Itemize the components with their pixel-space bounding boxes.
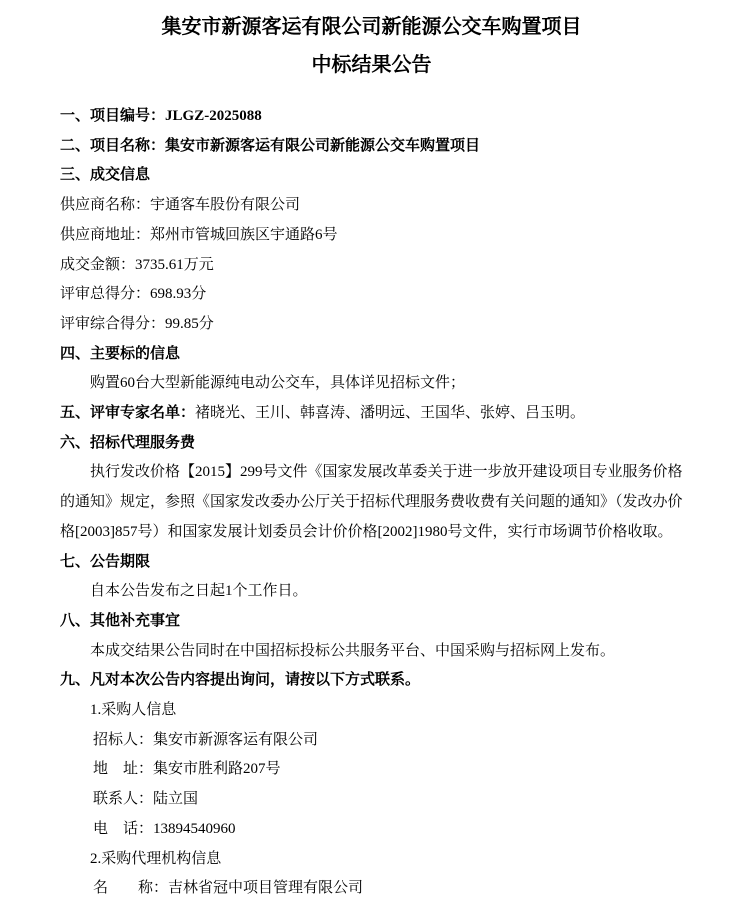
section-subject-heading: 四、主要标的信息 (60, 340, 683, 370)
total-score-label: 评审总得分： (60, 286, 150, 302)
section-project-number: 一、项目编号：JLGZ-2025088 (60, 102, 683, 132)
section-experts-line: 五、评审专家名单：褚晓光、王川、韩喜涛、潘明远、王国华、张婷、吕玉明。 (60, 399, 683, 429)
experts-names: 褚晓光、王川、韩喜涛、潘明远、王国华、张婷、吕玉明。 (195, 405, 585, 421)
supplier-address-line: 供应商地址：郑州市管城回族区宇通路6号 (60, 221, 683, 251)
agency-fee-content: 执行发改价格【2015】299号文件《国家发展改革委关于进一步放开建设项目专业服… (60, 458, 683, 547)
supplier-name-label: 供应商名称： (60, 197, 150, 213)
section-project-name: 二、项目名称：集安市新源客运有限公司新能源公交车购置项目 (60, 132, 683, 162)
composite-score-label: 评审综合得分： (60, 316, 165, 332)
agency-name-line: 名 称：吉林省冠中项目管理有限公司 (60, 874, 683, 904)
deal-amount-line: 成交金额：3735.61万元 (60, 251, 683, 281)
project-number-value: JLGZ-2025088 (165, 108, 262, 124)
project-name-label: 二、项目名称： (60, 138, 165, 154)
deal-amount-value: 3735.61万元 (135, 257, 214, 273)
section-other-matters-heading: 八、其他补充事宜 (60, 607, 683, 637)
supplier-address-value: 郑州市管城回族区宇通路6号 (150, 227, 338, 243)
project-name-value: 集安市新源客运有限公司新能源公交车购置项目 (165, 138, 480, 154)
agency-info-heading: 2.采购代理机构信息 (60, 845, 683, 875)
phone-value: 13894540960 (153, 821, 236, 837)
bidder-label: 招标人： (93, 732, 153, 748)
composite-score-value: 99.85分 (165, 316, 214, 332)
total-score-line: 评审总得分：698.93分 (60, 280, 683, 310)
supplier-name-value: 宇通客车股份有限公司 (150, 197, 300, 213)
supplier-name-line: 供应商名称：宇通客车股份有限公司 (60, 191, 683, 221)
other-matters-content: 本成交结果公告同时在中国招标投标公共服务平台、中国采购与招标网上发布。 (60, 637, 683, 667)
bidder-line: 招标人：集安市新源客运有限公司 (60, 726, 683, 756)
section-announcement-period-heading: 七、公告期限 (60, 548, 683, 578)
purchaser-address-line: 地 址：集安市胜利路207号 (60, 755, 683, 785)
purchaser-info-heading: 1.采购人信息 (60, 696, 683, 726)
contact-person-label: 联系人： (93, 791, 153, 807)
section-deal-info-heading: 三、成交信息 (60, 161, 683, 191)
total-score-value: 698.93分 (150, 286, 206, 302)
supplier-address-label: 供应商地址： (60, 227, 150, 243)
contact-person-line: 联系人：陆立国 (60, 785, 683, 815)
announcement-period-content: 自本公告发布之日起1个工作日。 (60, 577, 683, 607)
composite-score-line: 评审综合得分：99.85分 (60, 310, 683, 340)
phone-line: 电 话：13894540960 (60, 815, 683, 845)
bidder-value: 集安市新源客运有限公司 (153, 732, 318, 748)
project-number-label: 一、项目编号： (60, 108, 165, 124)
contact-person-value: 陆立国 (153, 791, 198, 807)
purchaser-address-label: 地 址： (93, 761, 153, 777)
announcement-document: 集安市新源客运有限公司新能源公交车购置项目 中标结果公告 一、项目编号：JLGZ… (0, 0, 739, 911)
purchaser-address-value: 集安市胜利路207号 (153, 761, 281, 777)
phone-label: 电 话： (93, 821, 153, 837)
section-agency-fee-heading: 六、招标代理服务费 (60, 429, 683, 459)
agency-name-value: 吉林省冠中项目管理有限公司 (168, 880, 363, 896)
deal-amount-label: 成交金额： (60, 257, 135, 273)
subject-content: 购置60台大型新能源纯电动公交车，具体详见招标文件； (60, 369, 683, 399)
experts-label: 五、评审专家名单： (60, 405, 195, 421)
section-contact-heading: 九、凡对本次公告内容提出询问，请按以下方式联系。 (60, 666, 683, 696)
document-title: 集安市新源客运有限公司新能源公交车购置项目 (60, 8, 683, 46)
document-subtitle: 中标结果公告 (60, 46, 683, 84)
agency-name-label: 名 称： (93, 880, 168, 896)
